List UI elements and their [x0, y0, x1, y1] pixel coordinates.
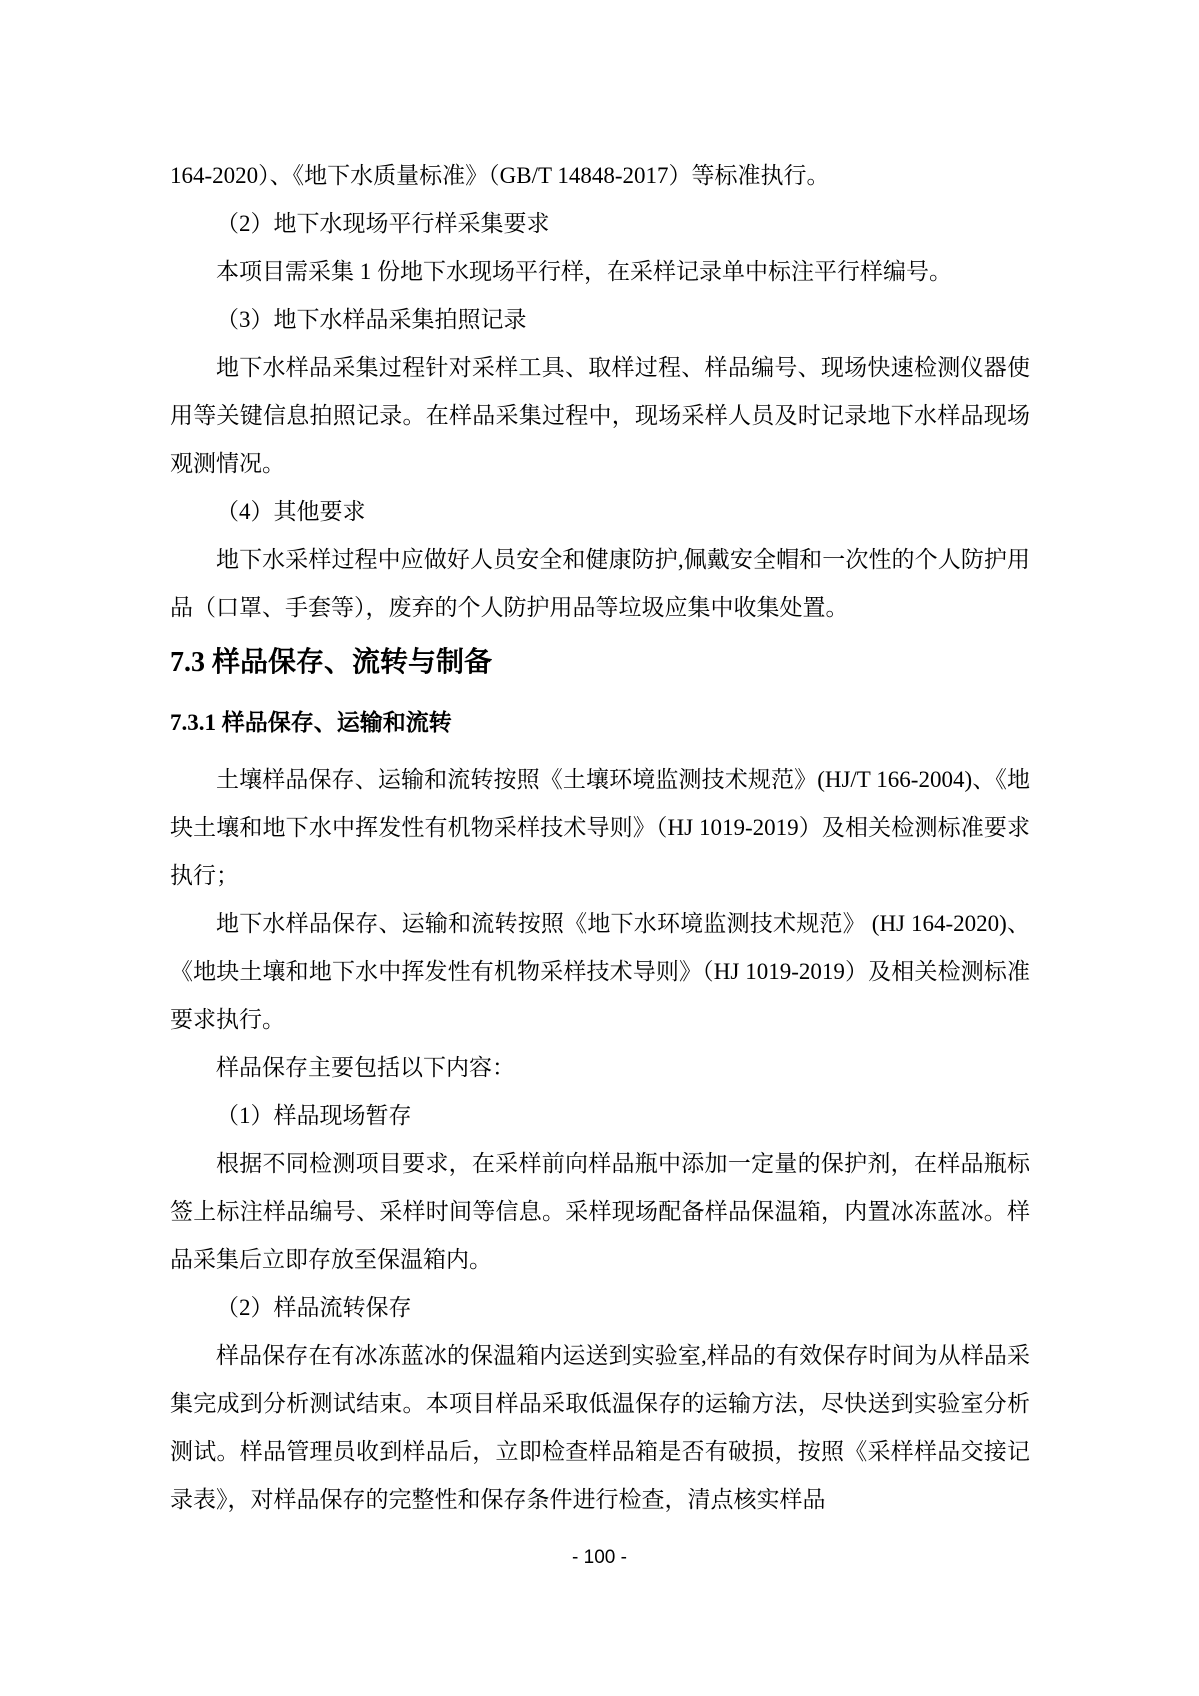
paragraph: 样品保存主要包括以下内容： [170, 1044, 1030, 1092]
document-body: 164-2020）、《地下水质量标准》（GB/T 14848-2017）等标准执… [170, 152, 1030, 1524]
document-page: 164-2020）、《地下水质量标准》（GB/T 14848-2017）等标准执… [0, 0, 1199, 1696]
paragraph: （2）地下水现场平行样采集要求 [170, 200, 1030, 248]
paragraph: 地下水采样过程中应做好人员安全和健康防护,佩戴安全帽和一次性的个人防护用品（口罩… [170, 536, 1030, 632]
paragraph: 土壤样品保存、运输和流转按照《土壤环境监测技术规范》(HJ/T 166-2004… [170, 756, 1030, 900]
paragraph: （4）其他要求 [170, 488, 1030, 536]
paragraph: 本项目需采集 1 份地下水现场平行样，在采样记录单中标注平行样编号。 [170, 248, 1030, 296]
paragraph: 地下水样品保存、运输和流转按照《地下水环境监测技术规范》 (HJ 164-202… [170, 900, 1030, 1044]
paragraph: 164-2020）、《地下水质量标准》（GB/T 14848-2017）等标准执… [170, 152, 1030, 200]
page-number: - 100 - [572, 1547, 627, 1568]
paragraph: （1）样品现场暂存 [170, 1092, 1030, 1140]
paragraph: （3）地下水样品采集拍照记录 [170, 296, 1030, 344]
paragraph: 地下水样品采集过程针对采样工具、取样过程、样品编号、现场快速检测仪器使用等关键信… [170, 344, 1030, 488]
subsection-heading: 7.3.1 样品保存、运输和流转 [170, 694, 1030, 752]
paragraph: 样品保存在有冰冻蓝冰的保温箱内运送到实验室,样品的有效保存时间为从样品采集完成到… [170, 1332, 1030, 1524]
paragraph: 根据不同检测项目要求，在采样前向样品瓶中添加一定量的保护剂，在样品瓶标签上标注样… [170, 1140, 1030, 1284]
paragraph: （2）样品流转保存 [170, 1284, 1030, 1332]
page-footer: - 100 - [0, 1545, 1199, 1571]
section-heading: 7.3 样品保存、流转与制备 [170, 632, 1030, 694]
